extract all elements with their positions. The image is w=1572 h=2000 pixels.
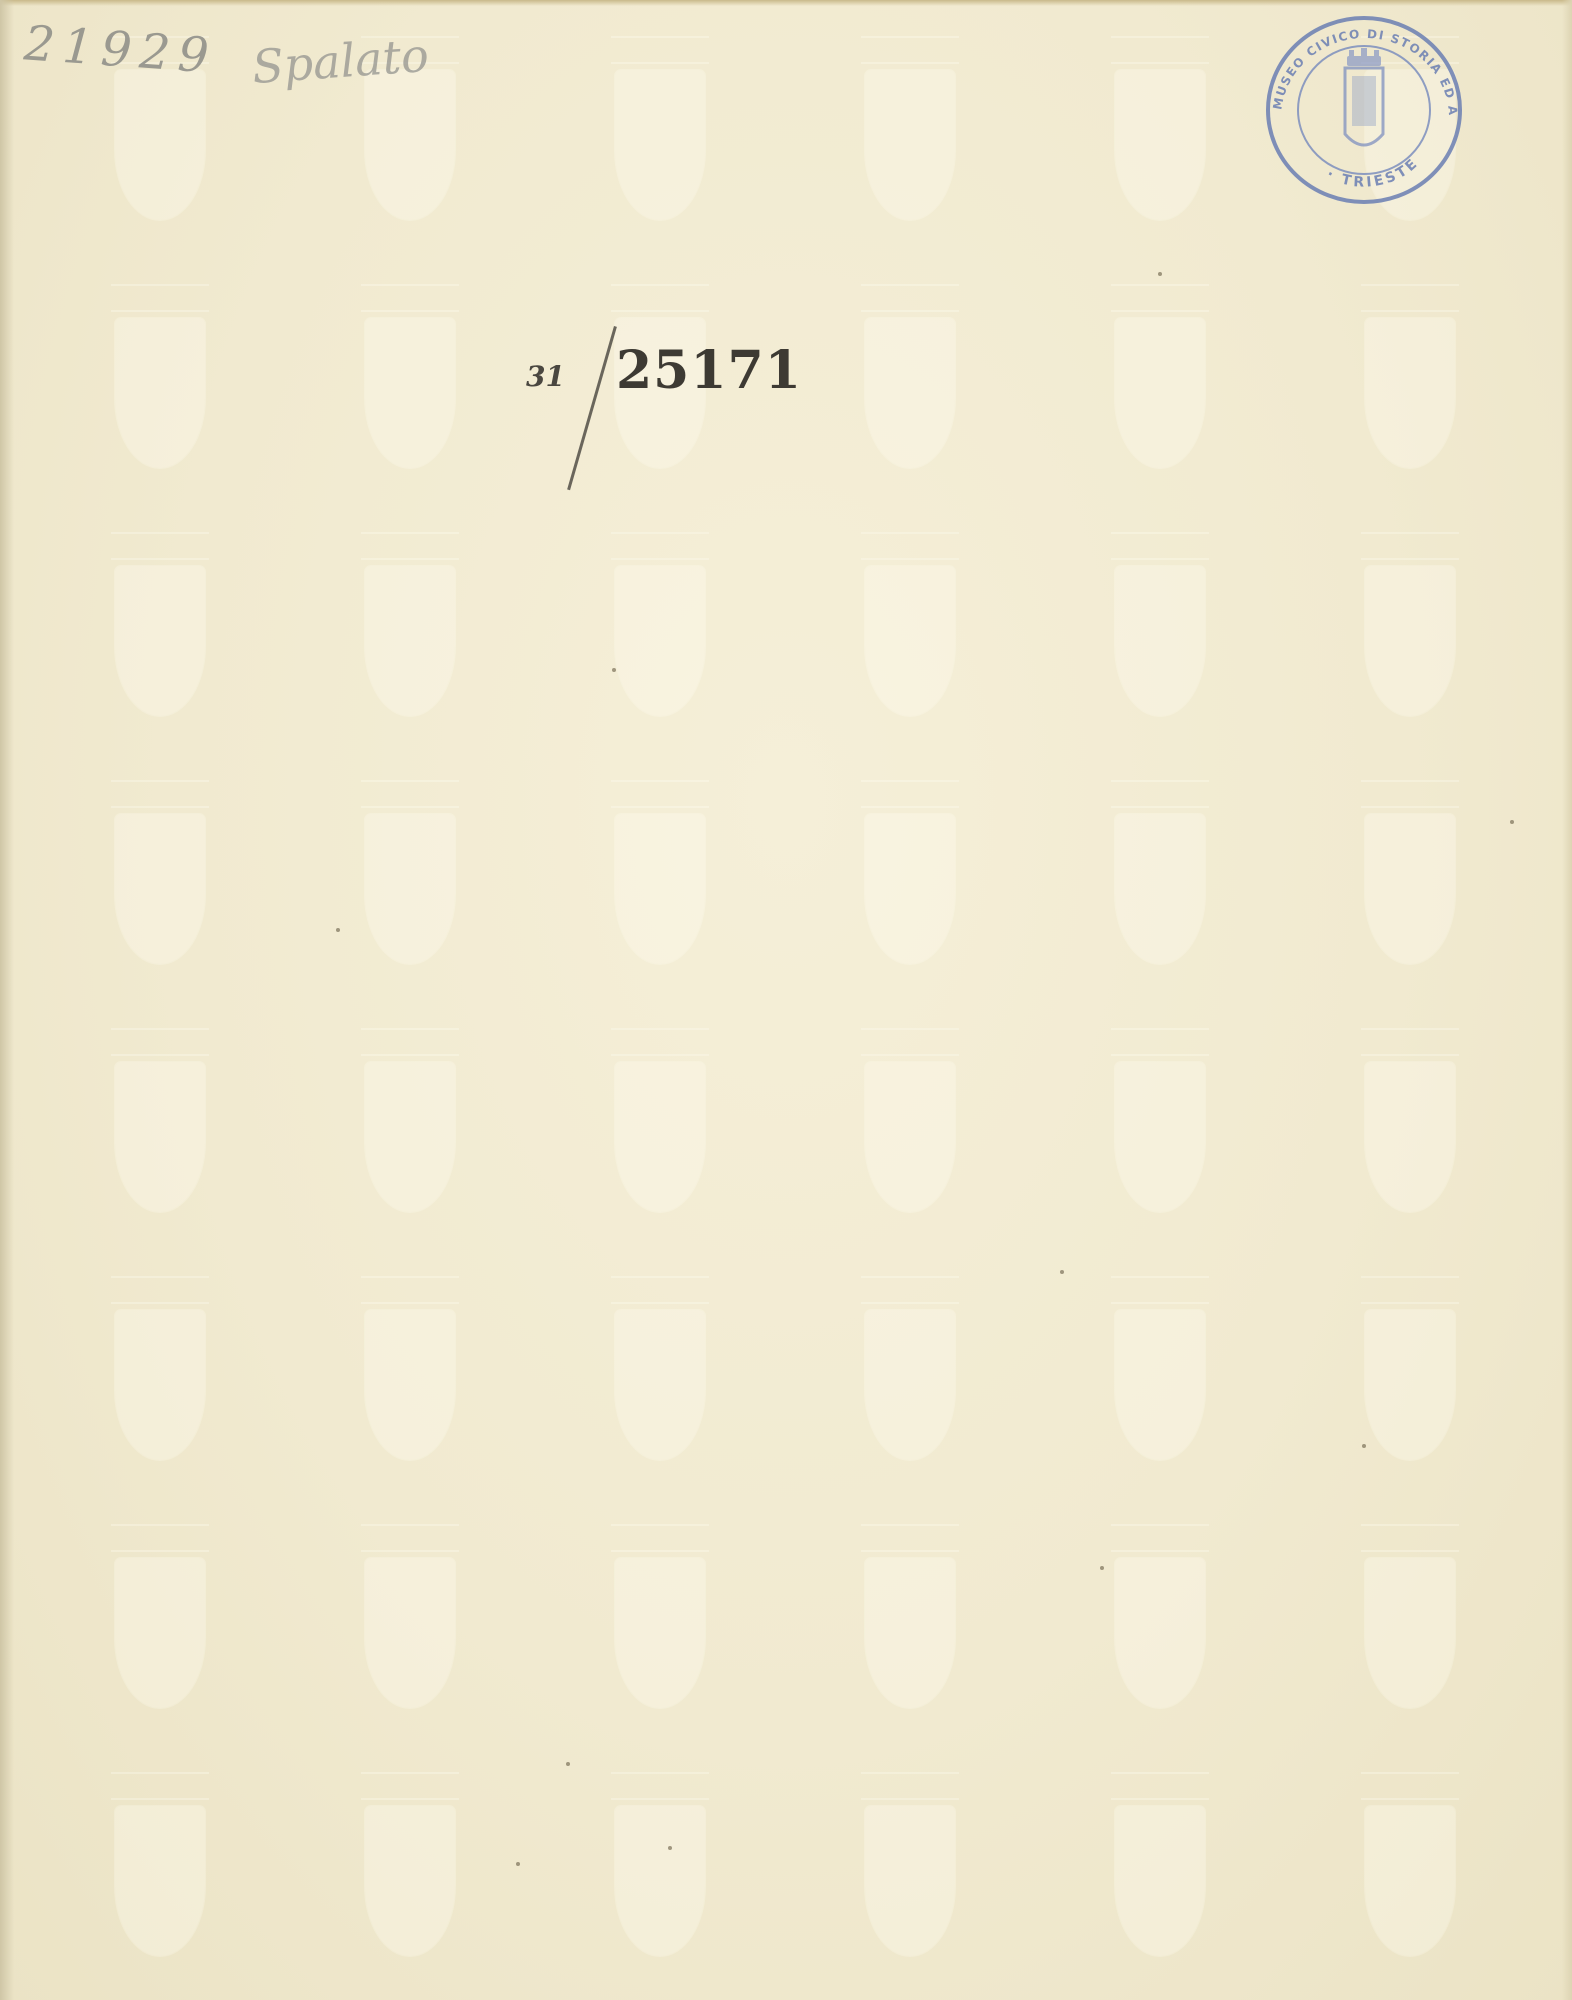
shield-watermark <box>615 70 705 220</box>
shield-watermark <box>115 70 205 220</box>
paper-speck <box>516 1862 520 1866</box>
shield-watermark <box>1365 814 1455 964</box>
shield-watermark <box>1115 814 1205 964</box>
shield-watermark <box>115 1062 205 1212</box>
shield-watermark <box>115 814 205 964</box>
shield-watermark <box>365 70 455 220</box>
paper-speck <box>1510 820 1514 824</box>
paper-speck <box>566 1762 570 1766</box>
shield-watermark <box>1115 70 1205 220</box>
shield-watermark <box>1365 1310 1455 1460</box>
shield-watermark <box>865 814 955 964</box>
handwritten-inventory-number: 21929 <box>22 15 218 84</box>
shield-watermark <box>365 1558 455 1708</box>
shield-watermark <box>365 1310 455 1460</box>
shield-watermark <box>115 1806 205 1956</box>
catalog-slash <box>567 326 617 490</box>
document-page: 21929 Spalato 31 25171 MUSEO CIVICO DI S… <box>0 0 1572 2000</box>
shield-watermark <box>1365 1806 1455 1956</box>
shield-watermark <box>1115 1310 1205 1460</box>
shield-watermark <box>615 1062 705 1212</box>
shield-watermark <box>615 566 705 716</box>
shield-watermark <box>115 318 205 468</box>
shield-watermark <box>365 814 455 964</box>
shield-watermark <box>115 1310 205 1460</box>
shield-watermark <box>1115 1558 1205 1708</box>
catalog-prefix: 31 <box>526 360 565 393</box>
shield-watermark <box>1365 566 1455 716</box>
shield-watermark <box>365 1806 455 1956</box>
paper-speck <box>1158 272 1162 276</box>
page-edge-right <box>1562 0 1572 2000</box>
shield-watermark <box>615 814 705 964</box>
shield-watermark <box>1365 1558 1455 1708</box>
shield-watermark <box>1115 1062 1205 1212</box>
shield-watermark <box>115 566 205 716</box>
shield-watermark <box>865 566 955 716</box>
shield-watermark <box>365 1062 455 1212</box>
paper-speck <box>336 928 340 932</box>
paper-speck <box>1060 1270 1064 1274</box>
shield-watermark <box>1115 1806 1205 1956</box>
shield-watermark <box>1115 318 1205 468</box>
paper-speck <box>1362 1444 1366 1448</box>
shield-watermark <box>865 1310 955 1460</box>
shield-watermark-pattern <box>0 0 1572 2000</box>
handwritten-place-name: Spalato <box>250 28 430 94</box>
shield-watermark <box>865 1806 955 1956</box>
paper-speck <box>1100 1566 1104 1570</box>
shield-watermark <box>865 1558 955 1708</box>
museum-stamp-icon: MUSEO CIVICO DI STORIA ED ARTE E DEL RIS… <box>1253 6 1475 212</box>
shield-watermark <box>115 1558 205 1708</box>
coat-of-arms-icon <box>1345 48 1383 145</box>
shield-watermark <box>1365 1062 1455 1212</box>
shield-watermark <box>1115 566 1205 716</box>
shield-watermark <box>365 318 455 468</box>
shield-watermark <box>615 1310 705 1460</box>
paper-speck <box>612 668 616 672</box>
shield-watermark <box>865 1062 955 1212</box>
shield-watermark <box>365 566 455 716</box>
shield-watermark <box>615 1806 705 1956</box>
shield-watermark <box>865 318 955 468</box>
catalog-main-number: 25171 <box>616 340 802 401</box>
shield-watermark <box>865 70 955 220</box>
page-edge-left <box>0 0 14 2000</box>
shield-watermark <box>615 1558 705 1708</box>
shield-watermark <box>1365 318 1455 468</box>
paper-speck <box>668 1846 672 1850</box>
